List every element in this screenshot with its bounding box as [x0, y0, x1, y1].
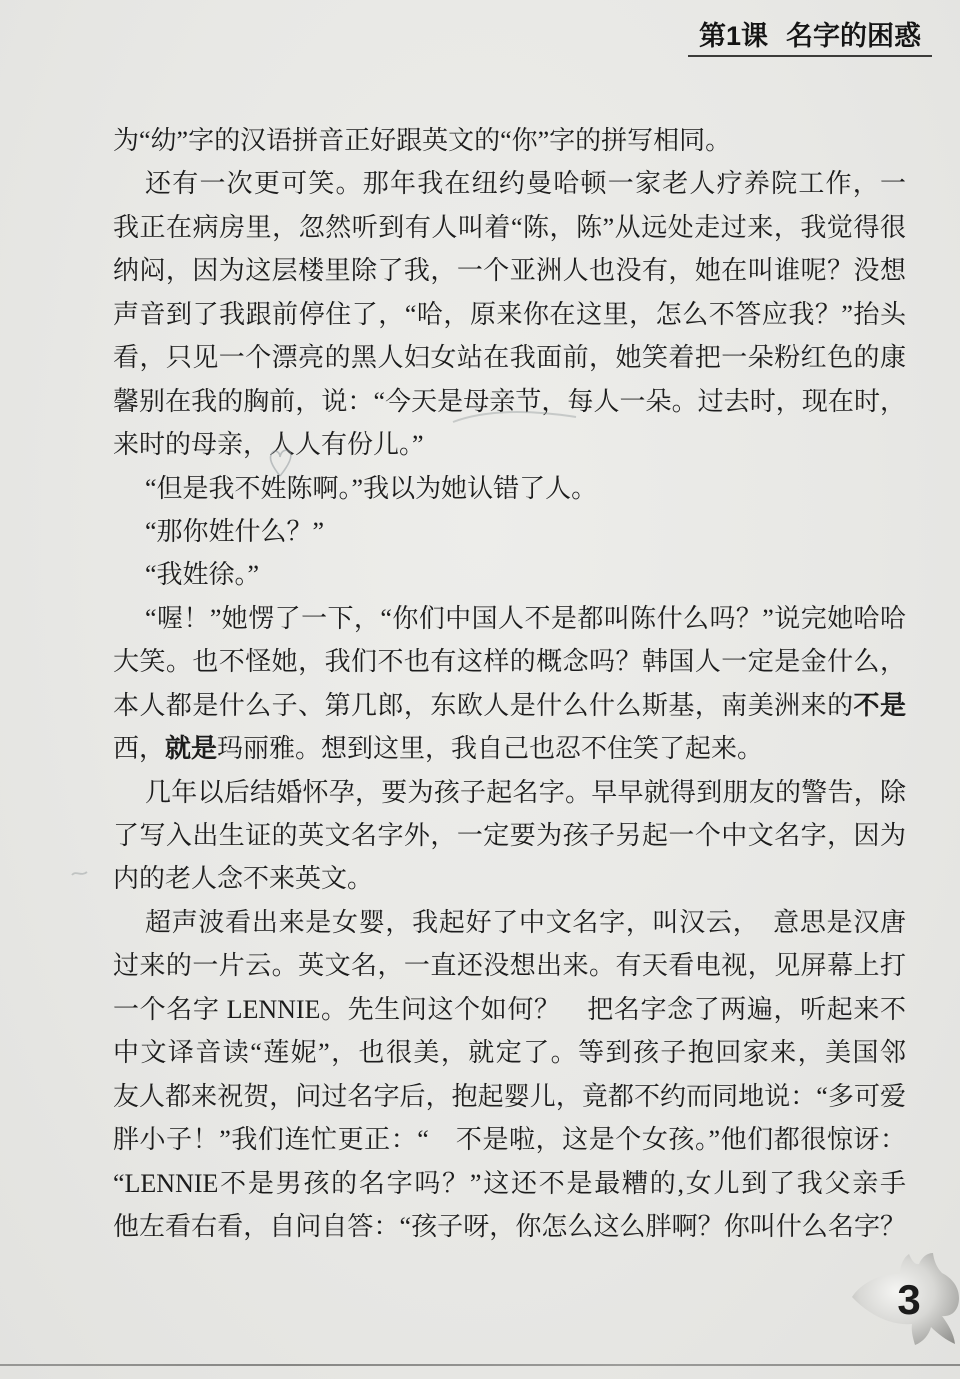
text-segment: 内的老人念不来英文。	[113, 864, 373, 893]
text-segment: 中文译音读“莲妮”，也很美，就定了。等到孩子抱回家来，美国邻居、	[113, 1038, 906, 1074]
text-line: 他左看右看，自问自答：“孩子呀，你怎么这么胖啊？你叫什么名字？莲	[113, 1205, 906, 1248]
text-segment: 一个名字 LENNIE。先生问这个如何？ 把名字念了两遍，听起来不错，	[113, 995, 906, 1031]
text-line: 了写入出生证的英文名字外，一定要为孩子另起一个中文名字，因为国	[113, 814, 906, 857]
page-number-rocket: 3	[828, 1250, 960, 1352]
text-line: 馨别在我的胸前，说：“今天是母亲节，每人一朵。过去时，现在时，将	[113, 380, 906, 423]
text-segment: 过来的一片云。英文名，一直还没想出来。有天看电视，见屏幕上打出	[113, 951, 906, 987]
scan-edge-line	[0, 1364, 960, 1366]
text-line: 声音到了我跟前停住了，“哈，原来你在这里，怎么不答应我？”抬头一	[113, 293, 906, 336]
page-number: 3	[897, 1276, 920, 1323]
text-line: 我正在病房里，忽然听到有人叫着“陈，陈”从远处走过来，我觉得很	[113, 206, 906, 249]
text-line: 西，就是玛丽雅。想到这里，我自己也忍不住笑了起来。	[113, 727, 906, 770]
lesson-number: 第1课	[699, 20, 768, 52]
text-line: 几年以后结婚怀孕，要为孩子起名字。早早就得到朋友的警告，除	[113, 771, 906, 814]
text-line: 过来的一片云。英文名，一直还没想出来。有天看电视，见屏幕上打出	[113, 944, 906, 987]
text-segment: “LENNIE不是男孩的名字吗？”这还不是最糟的,女儿到了我父亲手里，	[113, 1169, 906, 1205]
text-line: 本人都是什么子、第几郎，东欧人是什么什么斯基，南美洲来的不是荷	[113, 684, 906, 727]
text-line: 超声波看出来是女婴，我起好了中文名字，叫汉云， 意思是汉唐飘	[113, 901, 906, 944]
text-line: 中文译音读“莲妮”，也很美，就定了。等到孩子抱回家来，美国邻居、	[113, 1031, 906, 1074]
text-segment: 看，只见一个漂亮的黑人妇女站在我面前，她笑着把一朵粉红色的康乃	[113, 343, 906, 379]
text-segment: 玛丽雅。想到这里，我自己也忍不住笑了起来。	[217, 734, 763, 763]
text-segment: 纳闷，因为这层楼里除了我，一个亚洲人也没有，她在叫谁呢？没想到	[113, 256, 906, 292]
header-underline	[688, 55, 932, 57]
text-line: “我姓徐。”	[113, 553, 906, 596]
text-segment: 友人都来祝贺，问过名字后，抱起婴儿，竟都不约而同地说：“多可爱的	[113, 1082, 906, 1118]
text-segment: 不是	[854, 691, 906, 720]
text-segment: 几年以后结婚怀孕，要为孩子起名字。早早就得到朋友的警告，除	[145, 778, 906, 807]
text-segment: 声音到了我跟前停住了，“哈，原来你在这里，怎么不答应我？”抬头一	[113, 300, 906, 336]
text-line: 大笑。也不怪她，我们不也有这样的概念吗？韩国人一定是金什么，日	[113, 640, 906, 683]
text-line: 来时的母亲，人人有份儿。”	[113, 423, 906, 466]
text-line: 一个名字 LENNIE。先生问这个如何？ 把名字念了两遍，听起来不错，	[113, 988, 906, 1031]
text-line: 看，只见一个漂亮的黑人妇女站在我面前，她笑着把一朵粉红色的康乃	[113, 336, 906, 379]
text-segment: “那你姓什么？”	[145, 517, 324, 546]
text-segment: 了写入出生证的英文名字外，一定要为孩子另起一个中文名字，因为国	[113, 821, 906, 857]
text-line: 还有一次更可笑。那年我在纽约曼哈顿一家老人疗养院工作，一天，	[113, 162, 906, 205]
text-segment: 来时的母亲，人人有份儿。”	[113, 430, 424, 459]
text-segment: 胖小子！”我们连忙更正：“ 不是啦，这是个女孩。”他们都很惊讶：	[113, 1125, 906, 1154]
text-segment: 本人都是什么子、第几郎，东欧人是什么什么斯基，南美洲来的	[113, 691, 854, 720]
text-segment: 馨别在我的胸前，说：“今天是母亲节，每人一朵。过去时，现在时，将	[113, 387, 906, 423]
text-line: 胖小子！”我们连忙更正：“ 不是啦，这是个女孩。”他们都很惊讶：	[113, 1118, 906, 1161]
text-segment: 西，	[113, 734, 165, 763]
text-segment: 超声波看出来是女婴，我起好了中文名字，叫汉云， 意思是汉唐飘	[145, 908, 906, 944]
text-segment: “但是我不姓陈啊。”我以为她认错了人。	[145, 474, 597, 503]
page-header: 第1课 名字的困惑	[688, 20, 932, 52]
text-segment: 我正在病房里，忽然听到有人叫着“陈，陈”从远处走过来，我觉得很	[113, 213, 906, 242]
text-line: 友人都来祝贺，问过名字后，抱起婴儿，竟都不约而同地说：“多可爱的	[113, 1075, 906, 1118]
text-line: “LENNIE不是男孩的名字吗？”这还不是最糟的,女儿到了我父亲手里，	[113, 1162, 906, 1205]
text-line: “那你姓什么？”	[113, 510, 906, 553]
text-segment: 就是	[165, 734, 217, 763]
text-segment: 大笑。也不怪她，我们不也有这样的概念吗？韩国人一定是金什么，日	[113, 647, 906, 683]
text-line: “喔！”她愣了一下，“你们中国人不是都叫陈什么吗？”说完她哈哈	[113, 597, 906, 640]
text-line: “但是我不姓陈啊。”我以为她认错了人。	[113, 467, 906, 510]
text-segment: 还有一次更可笑。那年我在纽约曼哈顿一家老人疗养院工作，一天，	[145, 169, 906, 205]
scanned-textbook-page: 第1课 名字的困惑 为“幼”字的汉语拼音正好跟英文的“你”字的拼写相同。还有一次…	[0, 0, 960, 1379]
text-segment: “喔！”她愣了一下，“你们中国人不是都叫陈什么吗？”说完她哈哈	[145, 604, 906, 633]
text-segment: “我姓徐。”	[145, 560, 259, 589]
text-segment: 为“幼”字的汉语拼音正好跟英文的“你”字的拼写相同。	[113, 126, 731, 155]
text-line: 内的老人念不来英文。	[113, 857, 906, 900]
lesson-title: 名字的困惑	[786, 20, 921, 52]
pencil-mark-tilde	[70, 868, 90, 880]
text-line: 纳闷，因为这层楼里除了我，一个亚洲人也没有，她在叫谁呢？没想到	[113, 249, 906, 292]
text-segment: 他左看右看，自问自答：“孩子呀，你怎么这么胖啊？你叫什么名字？莲	[113, 1212, 906, 1248]
body-text: 为“幼”字的汉语拼音正好跟英文的“你”字的拼写相同。还有一次更可笑。那年我在纽约…	[113, 119, 906, 1248]
text-line: 为“幼”字的汉语拼音正好跟英文的“你”字的拼写相同。	[113, 119, 906, 162]
